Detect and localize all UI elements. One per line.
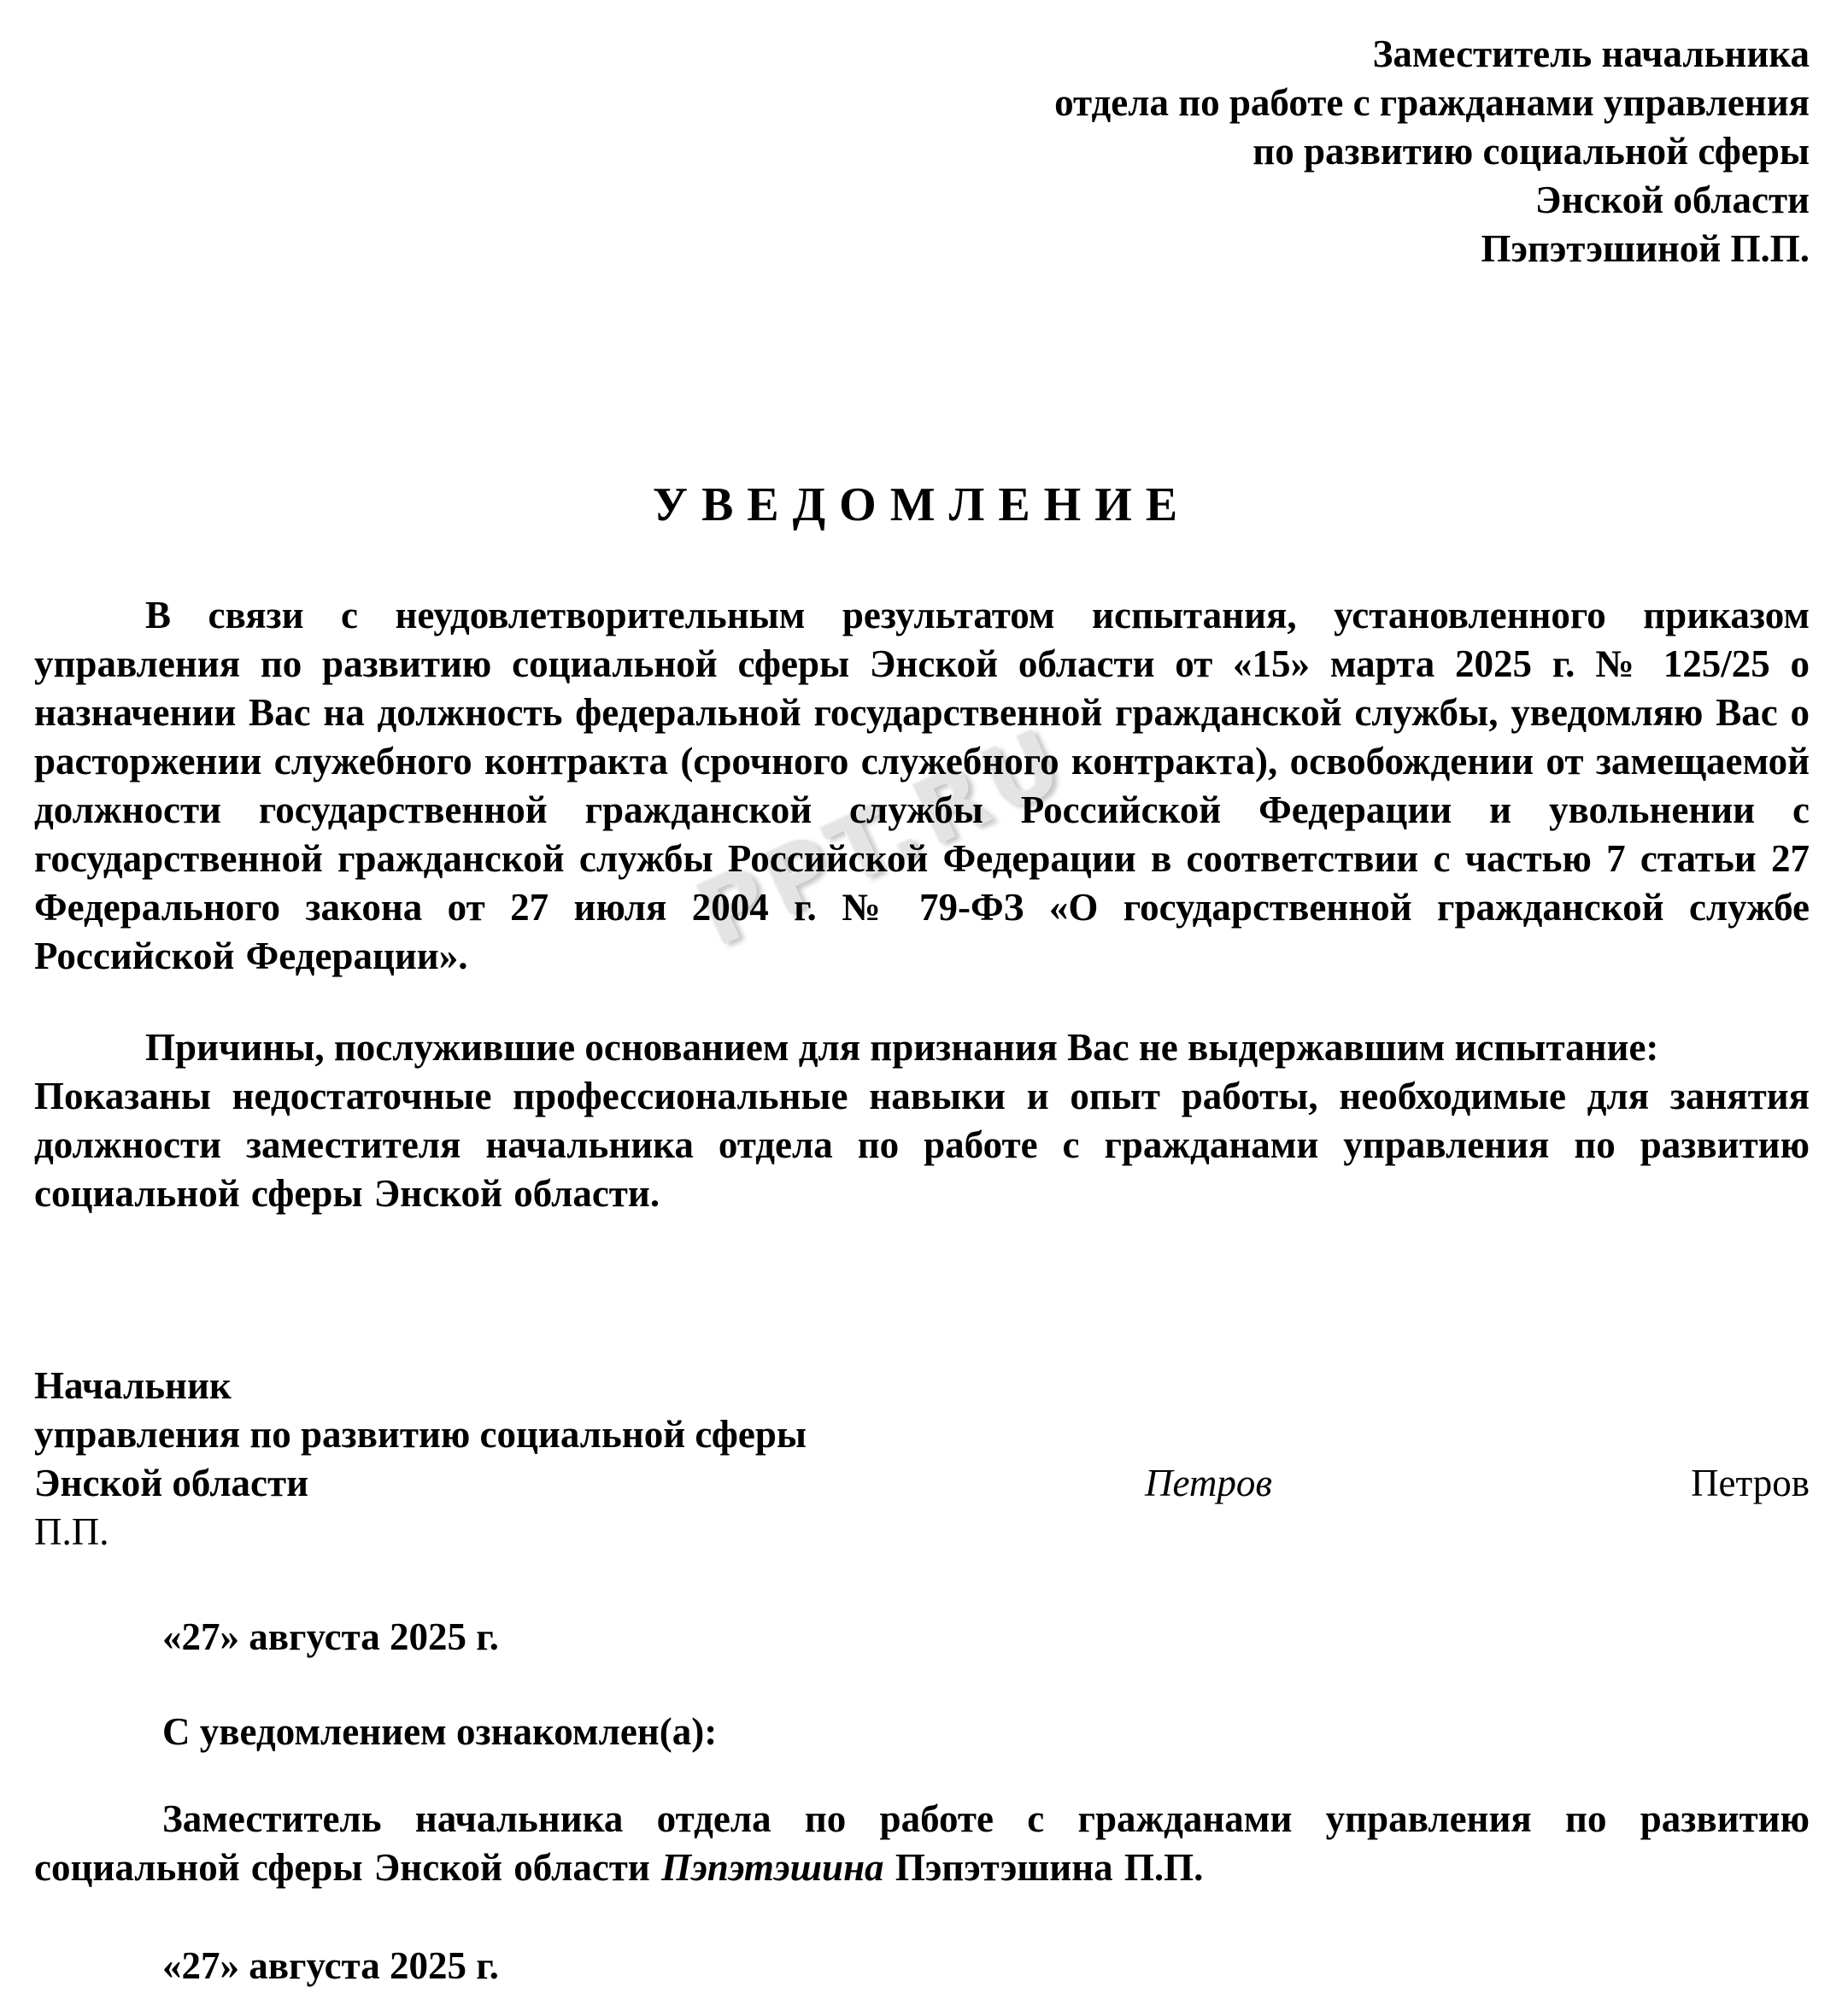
addressee-line: по развитию социальной сферы xyxy=(34,127,1810,176)
document-title: УВЕДОМЛЕНИЕ xyxy=(34,478,1810,531)
signature-date: «27» августа 2025 г. xyxy=(34,1613,1810,1662)
document-content: Заместитель начальника отдела по работе … xyxy=(34,30,1810,1990)
signature-position-line: управления по развитию социальной сферы xyxy=(34,1410,1810,1459)
acknowledgement-autograph: Пэпэтэшина xyxy=(661,1846,883,1889)
signature-initials: П.П. xyxy=(34,1508,1810,1556)
reasons-text: Показаны недостаточные профессиональные … xyxy=(34,1072,1810,1218)
signature-position-line: Начальник xyxy=(34,1362,1810,1410)
acknowledgement-intro: С уведомлением ознакомлен(а): xyxy=(34,1708,1810,1756)
signature-block: Начальник управления по развитию социаль… xyxy=(34,1362,1810,1556)
signature-name: Петров xyxy=(1691,1459,1810,1508)
acknowledgement-date: «27» августа 2025 г. xyxy=(34,1942,1810,1990)
acknowledgement-paragraph: Заместитель начальника отдела по работе … xyxy=(34,1795,1810,1892)
addressee-line: отдела по работе с гражданами управления xyxy=(34,79,1810,127)
acknowledgement-name: Пэпэтэшина П.П. xyxy=(895,1846,1204,1889)
reasons-intro: Причины, послужившие основанием для приз… xyxy=(34,1023,1810,1072)
addressee-line: Энской области xyxy=(34,176,1810,225)
document-page: PPT.RU Заместитель начальника отдела по … xyxy=(0,0,1848,1993)
signature-autograph: Петров xyxy=(1145,1459,1272,1508)
signature-row: Энской области Петров Петров xyxy=(34,1459,1810,1508)
signature-position-line: Энской области xyxy=(34,1459,1145,1508)
body-paragraph: В связи с неудовлетворительным результат… xyxy=(34,591,1810,981)
addressee-block: Заместитель начальника отдела по работе … xyxy=(34,30,1810,273)
addressee-line: Заместитель начальника xyxy=(34,30,1810,79)
addressee-line: Пэпэтэшиной П.П. xyxy=(34,225,1810,273)
